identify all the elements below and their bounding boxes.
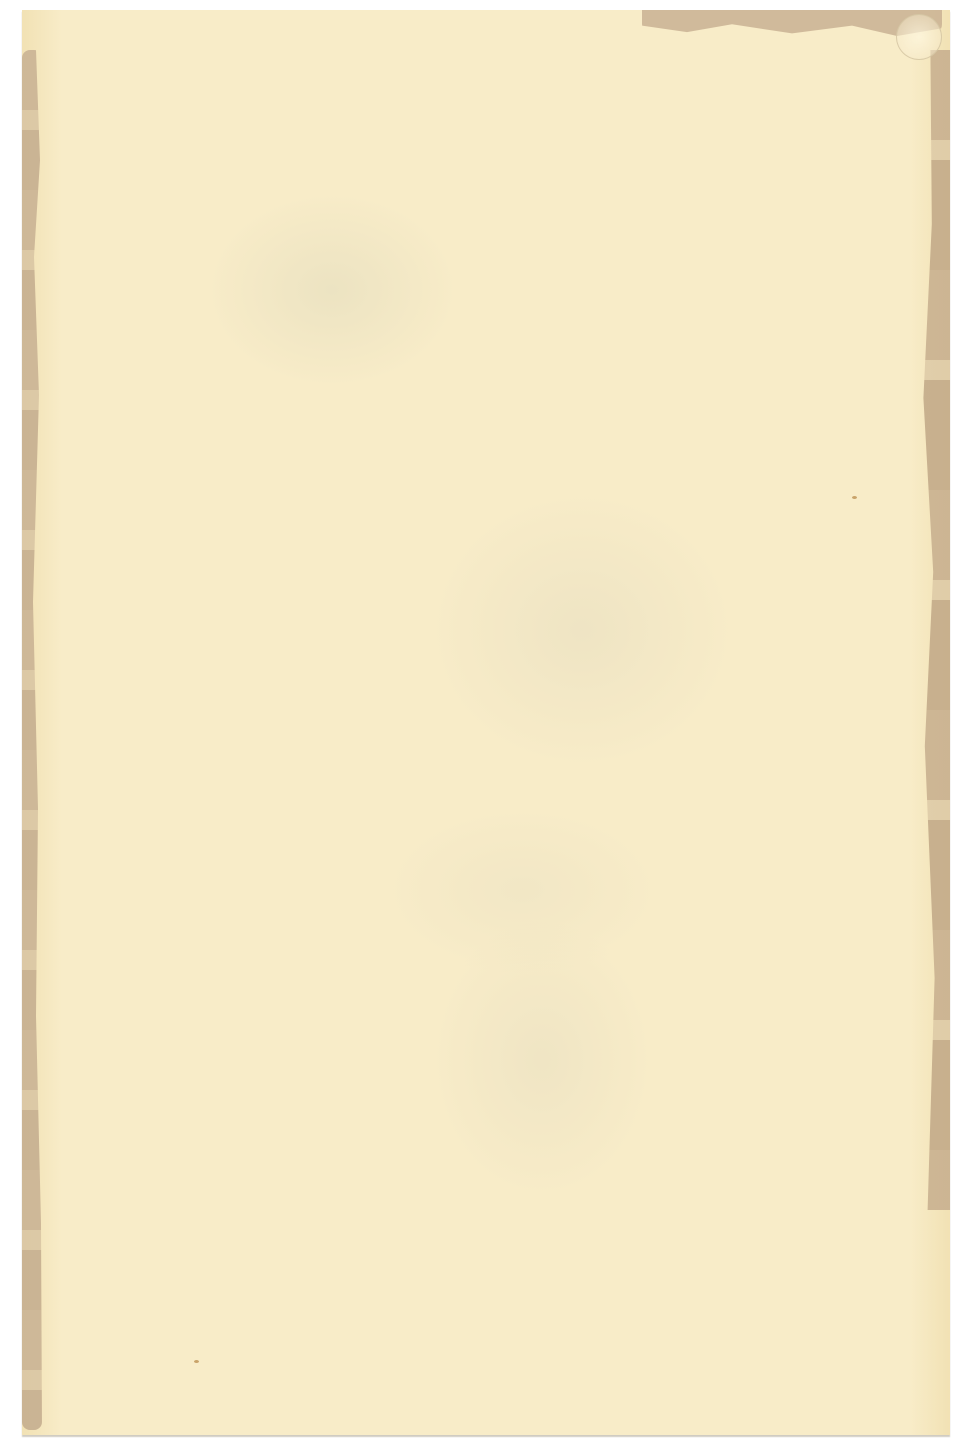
- paper-sheet: [22, 10, 950, 1435]
- paper-speck: [194, 1360, 199, 1363]
- show-through-floral-print: [22, 10, 950, 1435]
- embossed-seal-icon: [896, 14, 942, 60]
- paper-speck: [852, 496, 857, 499]
